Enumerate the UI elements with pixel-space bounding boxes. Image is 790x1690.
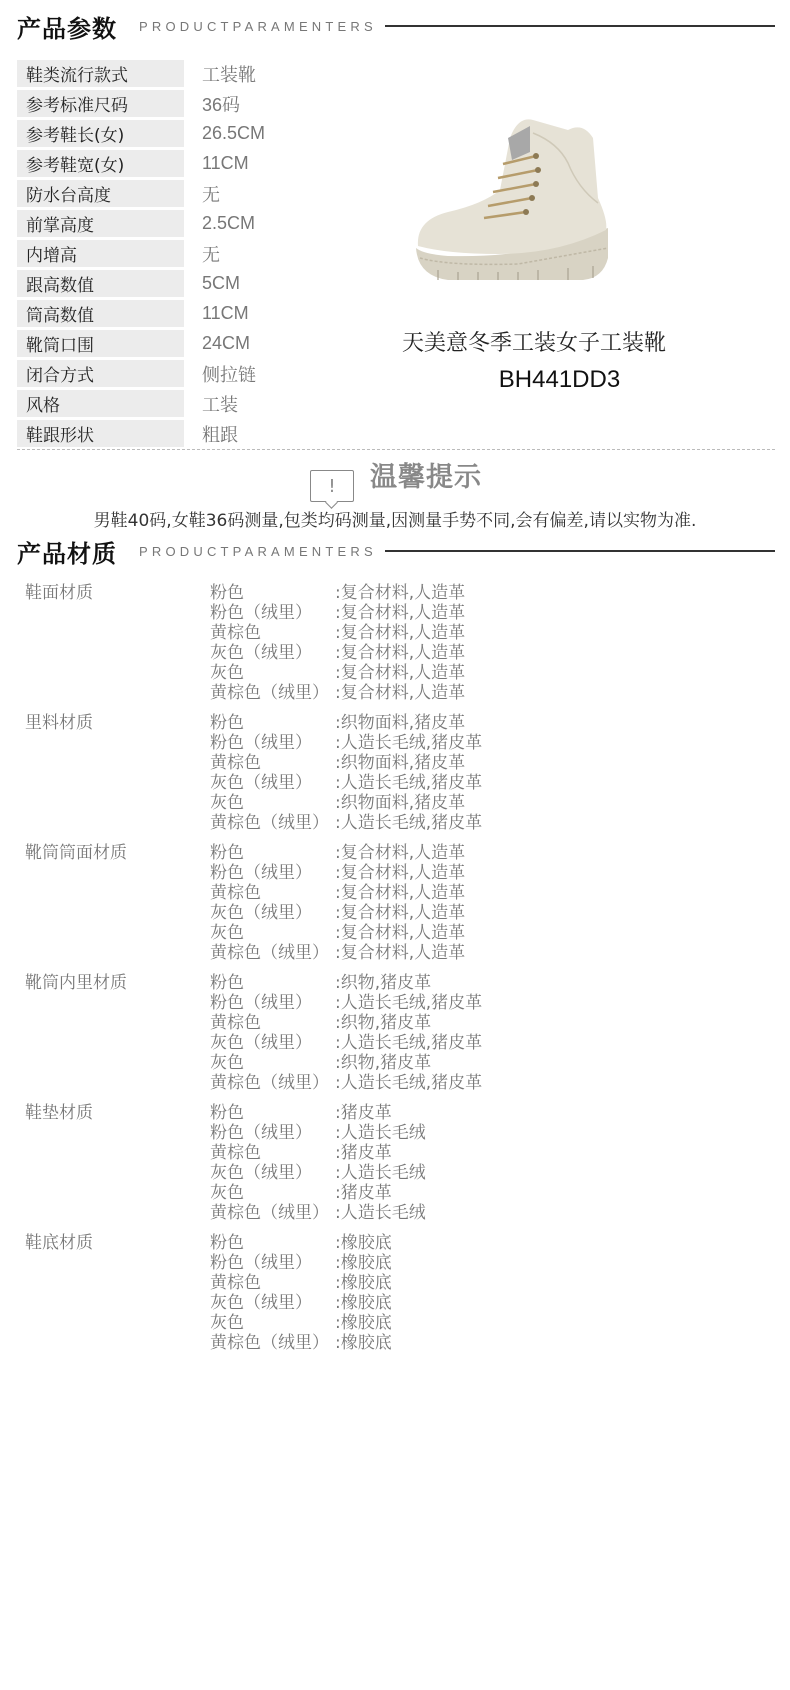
param-value: 工装靴 bbox=[202, 61, 256, 87]
material-color: 粉色 bbox=[210, 583, 335, 603]
param-row: 参考鞋宽(女)11CM bbox=[17, 150, 417, 177]
material-line: 粉色（绒里）:复合材料,人造革 bbox=[210, 603, 465, 623]
param-row: 参考标准尺码36码 bbox=[17, 90, 417, 117]
param-label: 内增高 bbox=[17, 240, 184, 267]
param-value: 无 bbox=[202, 241, 220, 267]
material-value: :橡胶底 bbox=[335, 1293, 392, 1313]
material-line: 黄棕色（绒里）:人造长毛绒 bbox=[210, 1203, 426, 1223]
material-group: 鞋面材质 粉色:复合材料,人造革 粉色（绒里）:复合材料,人造革 黄棕色:复合材… bbox=[25, 583, 625, 703]
param-value: 36码 bbox=[202, 91, 240, 117]
material-color: 粉色（绒里） bbox=[210, 1253, 335, 1273]
material-value: :复合材料,人造革 bbox=[335, 843, 465, 863]
material-color: 黄棕色 bbox=[210, 1013, 335, 1033]
section-divider-line bbox=[385, 25, 775, 27]
material-value: :复合材料,人造革 bbox=[335, 663, 465, 683]
material-line: 粉色:复合材料,人造革 bbox=[210, 843, 465, 863]
material-value: :复合材料,人造革 bbox=[335, 883, 465, 903]
material-line: 灰色:织物,猪皮革 bbox=[210, 1053, 482, 1073]
param-row: 风格工装 bbox=[17, 390, 417, 417]
material-color: 黄棕色（绒里） bbox=[210, 813, 335, 833]
material-value: :人造长毛绒 bbox=[335, 1163, 426, 1183]
material-line: 黄棕色（绒里）:橡胶底 bbox=[210, 1333, 392, 1353]
material-line: 灰色:猪皮革 bbox=[210, 1183, 426, 1203]
param-value: 粗跟 bbox=[202, 421, 238, 447]
material-color: 粉色 bbox=[210, 1233, 335, 1253]
param-row: 防水台高度无 bbox=[17, 180, 417, 207]
material-line: 黄棕色（绒里）:人造长毛绒,猪皮革 bbox=[210, 813, 482, 833]
material-color: 灰色 bbox=[210, 663, 335, 683]
material-value: :人造长毛绒 bbox=[335, 1123, 426, 1143]
material-line: 黄棕色:织物,猪皮革 bbox=[210, 1013, 482, 1033]
material-color: 粉色 bbox=[210, 843, 335, 863]
material-value: :猪皮革 bbox=[335, 1183, 392, 1203]
material-color: 灰色 bbox=[210, 1053, 335, 1073]
material-value: :织物面料,猪皮革 bbox=[335, 753, 465, 773]
material-color: 灰色（绒里） bbox=[210, 903, 335, 923]
param-row: 靴筒口围24CM bbox=[17, 330, 417, 357]
material-value: :人造长毛绒,猪皮革 bbox=[335, 993, 482, 1013]
param-label: 跟高数值 bbox=[17, 270, 184, 297]
material-name: 靴筒筒面材质 bbox=[25, 843, 210, 963]
material-line: 粉色:橡胶底 bbox=[210, 1233, 392, 1253]
material-line: 灰色:织物面料,猪皮革 bbox=[210, 793, 482, 813]
material-color: 黄棕色 bbox=[210, 753, 335, 773]
param-value: 5CM bbox=[202, 273, 240, 294]
section-subtitle: PRODUCTPARAMENTERS bbox=[139, 544, 377, 559]
material-value: :织物面料,猪皮革 bbox=[335, 793, 465, 813]
material-value: :复合材料,人造革 bbox=[335, 923, 465, 943]
material-name: 里料材质 bbox=[25, 713, 210, 833]
material-color: 黄棕色（绒里） bbox=[210, 1073, 335, 1093]
material-name: 鞋面材质 bbox=[25, 583, 210, 703]
material-color: 灰色 bbox=[210, 1313, 335, 1333]
material-line: 黄棕色:复合材料,人造革 bbox=[210, 883, 465, 903]
param-label: 参考标准尺码 bbox=[17, 90, 184, 117]
tip-text: 男鞋40码,女鞋36码测量,包类均码测量,因测量手势不同,会有偏差,请以实物为准… bbox=[0, 506, 790, 531]
param-value: 工装 bbox=[202, 391, 238, 417]
param-row: 鞋类流行款式工装靴 bbox=[17, 60, 417, 87]
material-value: :橡胶底 bbox=[335, 1233, 392, 1253]
product-name: 天美意冬季工装女子工装靴 bbox=[402, 326, 702, 357]
material-color: 粉色 bbox=[210, 973, 335, 993]
material-value: :人造长毛绒 bbox=[335, 1203, 426, 1223]
material-value: :橡胶底 bbox=[335, 1253, 392, 1273]
material-line: 粉色（绒里）:人造长毛绒 bbox=[210, 1123, 426, 1143]
material-line: 粉色（绒里）:人造长毛绒,猪皮革 bbox=[210, 993, 482, 1013]
material-color: 灰色（绒里） bbox=[210, 1033, 335, 1053]
param-row: 前掌高度2.5CM bbox=[17, 210, 417, 237]
material-color: 黄棕色（绒里） bbox=[210, 1203, 335, 1223]
param-label: 参考鞋长(女) bbox=[17, 120, 184, 147]
material-line: 灰色（绒里）:人造长毛绒,猪皮革 bbox=[210, 1033, 482, 1053]
material-line: 灰色:复合材料,人造革 bbox=[210, 923, 465, 943]
material-line: 粉色（绒里）:复合材料,人造革 bbox=[210, 863, 465, 883]
material-value: :复合材料,人造革 bbox=[335, 623, 465, 643]
material-value: :复合材料,人造革 bbox=[335, 683, 465, 703]
param-row: 鞋跟形状粗跟 bbox=[17, 420, 417, 447]
material-color: 黄棕色（绒里） bbox=[210, 683, 335, 703]
material-color: 黄棕色（绒里） bbox=[210, 1333, 335, 1353]
material-value: :人造长毛绒,猪皮革 bbox=[335, 1073, 482, 1093]
material-color: 粉色（绒里） bbox=[210, 863, 335, 883]
material-line: 粉色（绒里）:人造长毛绒,猪皮革 bbox=[210, 733, 482, 753]
material-color: 黄棕色 bbox=[210, 1273, 335, 1293]
materials-list: 鞋面材质 粉色:复合材料,人造革 粉色（绒里）:复合材料,人造革 黄棕色:复合材… bbox=[25, 583, 625, 1363]
material-name: 靴筒内里材质 bbox=[25, 973, 210, 1093]
material-value: :织物面料,猪皮革 bbox=[335, 713, 465, 733]
material-line: 黄棕色（绒里）:复合材料,人造革 bbox=[210, 683, 465, 703]
material-color: 粉色（绒里） bbox=[210, 733, 335, 753]
material-line: 粉色:织物面料,猪皮革 bbox=[210, 713, 482, 733]
material-group: 靴筒内里材质 粉色:织物,猪皮革 粉色（绒里）:人造长毛绒,猪皮革 黄棕色:织物… bbox=[25, 973, 625, 1093]
material-value: :织物,猪皮革 bbox=[335, 973, 431, 993]
material-group: 里料材质 粉色:织物面料,猪皮革 粉色（绒里）:人造长毛绒,猪皮革 黄棕色:织物… bbox=[25, 713, 625, 833]
material-line: 黄棕色:猪皮革 bbox=[210, 1143, 426, 1163]
param-value: 26.5CM bbox=[202, 123, 265, 144]
product-code: BH441DD3 bbox=[402, 366, 717, 394]
material-color: 灰色 bbox=[210, 793, 335, 813]
param-label: 鞋类流行款式 bbox=[17, 60, 184, 87]
material-value: :猪皮革 bbox=[335, 1143, 392, 1163]
material-value: :人造长毛绒,猪皮革 bbox=[335, 733, 482, 753]
material-line: 灰色（绒里）:人造长毛绒 bbox=[210, 1163, 426, 1183]
material-color: 灰色（绒里） bbox=[210, 1293, 335, 1313]
material-color: 粉色（绒里） bbox=[210, 1123, 335, 1143]
material-value: :橡胶底 bbox=[335, 1333, 392, 1353]
material-line: 灰色:橡胶底 bbox=[210, 1313, 392, 1333]
material-color: 黄棕色 bbox=[210, 623, 335, 643]
material-value: :复合材料,人造革 bbox=[335, 863, 465, 883]
section-divider-line bbox=[385, 550, 775, 552]
material-value: :复合材料,人造革 bbox=[335, 583, 465, 603]
material-line: 黄棕色:复合材料,人造革 bbox=[210, 623, 465, 643]
material-value: :织物,猪皮革 bbox=[335, 1013, 431, 1033]
material-color: 黄棕色（绒里） bbox=[210, 943, 335, 963]
material-color: 粉色 bbox=[210, 1103, 335, 1123]
material-line: 黄棕色:橡胶底 bbox=[210, 1273, 392, 1293]
param-label: 参考鞋宽(女) bbox=[17, 150, 184, 177]
material-color: 粉色（绒里） bbox=[210, 603, 335, 623]
section-title: 产品材质 bbox=[17, 534, 117, 569]
material-group: 鞋底材质 粉色:橡胶底 粉色（绒里）:橡胶底 黄棕色:橡胶底 灰色（绒里）:橡胶… bbox=[25, 1233, 625, 1353]
material-line: 黄棕色（绒里）:复合材料,人造革 bbox=[210, 943, 465, 963]
material-line: 灰色:复合材料,人造革 bbox=[210, 663, 465, 683]
material-line: 粉色:猪皮革 bbox=[210, 1103, 426, 1123]
param-row: 跟高数值5CM bbox=[17, 270, 417, 297]
material-value: :人造长毛绒,猪皮革 bbox=[335, 1033, 482, 1053]
param-label: 鞋跟形状 bbox=[17, 420, 184, 447]
param-label: 闭合方式 bbox=[17, 360, 184, 387]
material-color: 粉色 bbox=[210, 713, 335, 733]
material-color: 黄棕色 bbox=[210, 1143, 335, 1163]
param-value: 24CM bbox=[202, 333, 250, 354]
material-line: 黄棕色（绒里）:人造长毛绒,猪皮革 bbox=[210, 1073, 482, 1093]
material-color: 灰色（绒里） bbox=[210, 1163, 335, 1183]
material-value: :人造长毛绒,猪皮革 bbox=[335, 773, 482, 793]
param-label: 风格 bbox=[17, 390, 184, 417]
material-line: 黄棕色:织物面料,猪皮革 bbox=[210, 753, 482, 773]
material-line: 粉色:织物,猪皮革 bbox=[210, 973, 482, 993]
material-value: :橡胶底 bbox=[335, 1273, 392, 1293]
param-value: 11CM bbox=[202, 153, 249, 174]
param-label: 筒高数值 bbox=[17, 300, 184, 327]
param-label: 靴筒口围 bbox=[17, 330, 184, 357]
param-value: 11CM bbox=[202, 303, 249, 324]
material-value: :复合材料,人造革 bbox=[335, 903, 465, 923]
param-value: 无 bbox=[202, 181, 220, 207]
dashed-divider bbox=[17, 449, 775, 450]
exclamation-speech-icon: ! bbox=[310, 470, 354, 502]
param-value: 侧拉链 bbox=[202, 361, 256, 387]
material-value: :织物,猪皮革 bbox=[335, 1053, 431, 1073]
material-line: 粉色:复合材料,人造革 bbox=[210, 583, 465, 603]
param-row: 闭合方式侧拉链 bbox=[17, 360, 417, 387]
material-color: 灰色 bbox=[210, 1183, 335, 1203]
param-row: 筒高数值11CM bbox=[17, 300, 417, 327]
material-value: :橡胶底 bbox=[335, 1313, 392, 1333]
material-color: 灰色 bbox=[210, 923, 335, 943]
material-color: 灰色（绒里） bbox=[210, 643, 335, 663]
material-group: 靴筒筒面材质 粉色:复合材料,人造革 粉色（绒里）:复合材料,人造革 黄棕色:复… bbox=[25, 843, 625, 963]
material-line: 灰色（绒里）:复合材料,人造革 bbox=[210, 903, 465, 923]
material-value: :复合材料,人造革 bbox=[335, 643, 465, 663]
material-name: 鞋垫材质 bbox=[25, 1103, 210, 1223]
section-header-params: 产品参数 PRODUCTPARAMENTERS bbox=[17, 6, 775, 46]
section-title: 产品参数 bbox=[17, 9, 117, 44]
param-value: 2.5CM bbox=[202, 213, 255, 234]
section-subtitle: PRODUCTPARAMENTERS bbox=[139, 19, 377, 34]
param-label: 前掌高度 bbox=[17, 210, 184, 237]
param-row: 内增高无 bbox=[17, 240, 417, 267]
material-line: 粉色（绒里）:橡胶底 bbox=[210, 1253, 392, 1273]
material-color: 灰色（绒里） bbox=[210, 773, 335, 793]
material-value: :复合材料,人造革 bbox=[335, 603, 465, 623]
material-group: 鞋垫材质 粉色:猪皮革 粉色（绒里）:人造长毛绒 黄棕色:猪皮革 灰色（绒里）:… bbox=[25, 1103, 625, 1223]
section-header-materials: 产品材质 PRODUCTPARAMENTERS bbox=[17, 531, 775, 571]
material-value: :人造长毛绒,猪皮革 bbox=[335, 813, 482, 833]
material-value: :复合材料,人造革 bbox=[335, 943, 465, 963]
material-color: 黄棕色 bbox=[210, 883, 335, 903]
params-table: 鞋类流行款式工装靴 参考标准尺码36码 参考鞋长(女)26.5CM 参考鞋宽(女… bbox=[17, 60, 417, 450]
material-name: 鞋底材质 bbox=[25, 1233, 210, 1353]
material-line: 灰色（绒里）:人造长毛绒,猪皮革 bbox=[210, 773, 482, 793]
param-label: 防水台高度 bbox=[17, 180, 184, 207]
material-value: :猪皮革 bbox=[335, 1103, 392, 1123]
param-row: 参考鞋长(女)26.5CM bbox=[17, 120, 417, 147]
material-color: 粉色（绒里） bbox=[210, 993, 335, 1013]
material-line: 灰色（绒里）:橡胶底 bbox=[210, 1293, 392, 1313]
product-image-boot bbox=[408, 108, 618, 293]
tip-title: 温馨提示 bbox=[370, 455, 482, 494]
material-line: 灰色（绒里）:复合材料,人造革 bbox=[210, 643, 465, 663]
